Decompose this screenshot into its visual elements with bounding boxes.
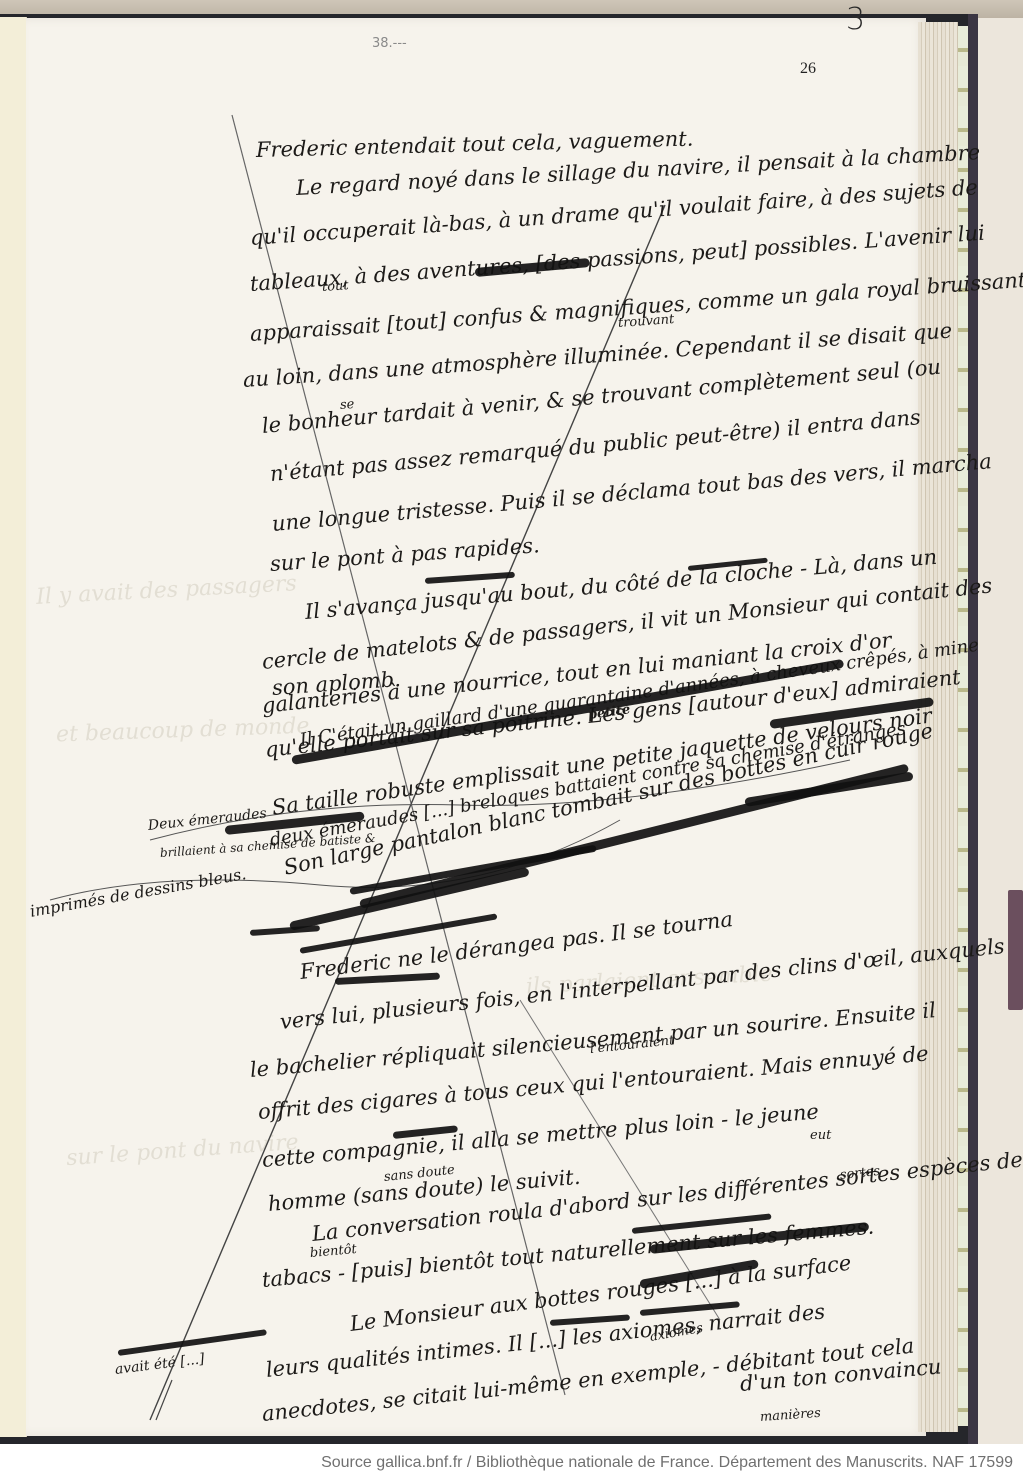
interlinear-note: se bbox=[339, 397, 354, 413]
footer-bar: Source gallica.bnf.fr / Bibliothèque nat… bbox=[0, 1444, 1023, 1482]
interlinear-note: eut bbox=[810, 1128, 831, 1143]
source-credit: Source gallica.bnf.fr / Bibliothèque nat… bbox=[321, 1454, 1013, 1472]
interlinear-note: tout bbox=[321, 278, 349, 295]
